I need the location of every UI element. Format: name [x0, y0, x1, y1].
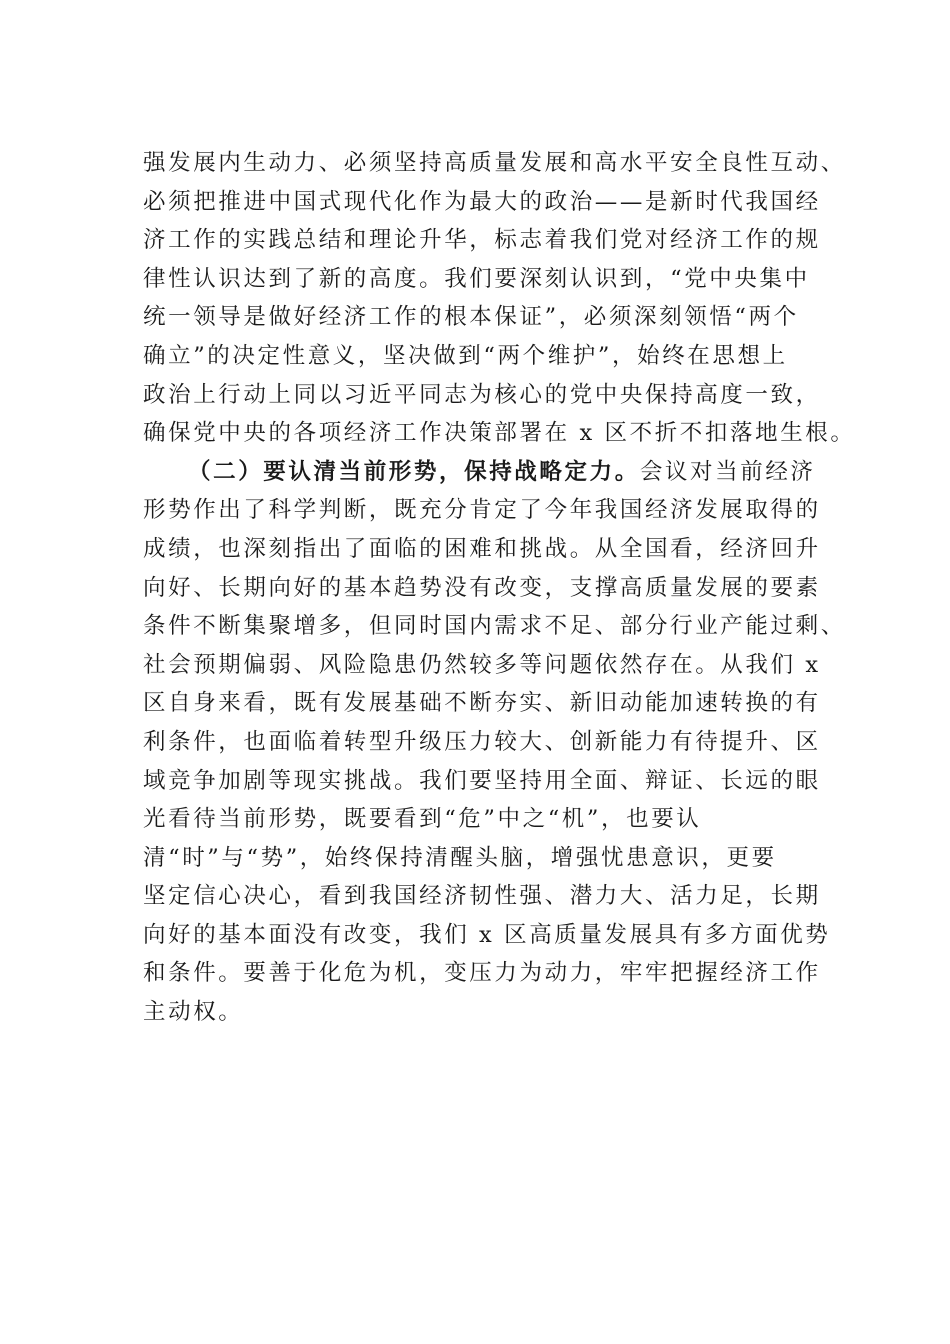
text-line: 济工作的实践总结和理论升华，标志着我们党对经济工作的规	[143, 221, 843, 260]
text-line: 统一领导是做好经济工作的根本保证”，必须深刻领悟“两个	[143, 298, 843, 337]
text-line: 域竞争加剧等现实挑战。我们要坚持用全面、辩证、长远的眼	[143, 762, 843, 801]
text-line: 强发展内生动力、必须坚持高质量发展和高水平安全良性互动、	[143, 144, 843, 183]
text-line: 社会预期偏弱、风险隐患仍然较多等问题依然存在。从我们 x	[143, 646, 843, 685]
text-line: 清“时”与“势”，始终保持清醒头脑，增强忧患意识，更要	[143, 839, 843, 878]
text-line: 主动权。	[143, 993, 843, 1032]
text-line: 向好的基本面没有改变，我们 x 区高质量发展具有多方面优势	[143, 916, 843, 955]
text-line: 政治上行动上同以习近平同志为核心的党中央保持高度一致，	[143, 376, 843, 415]
text-line: 确保党中央的各项经济工作决策部署在 x 区不折不扣落地生根。	[143, 414, 843, 453]
text-line: 利条件，也面临着转型升级压力较大、创新能力有待提升、区	[143, 723, 843, 762]
text-line: 条件不断集聚增多，但同时国内需求不足、部分行业产能过剩、	[143, 607, 843, 646]
text-line: （二）要认清当前形势，保持战略定力。会议对当前经济	[143, 453, 843, 492]
text-line: 坚定信心决心，看到我国经济韧性强、潜力大、活力足，长期	[143, 877, 843, 916]
text-line: 形势作出了科学判断，既充分肯定了今年我国经济发展取得的	[143, 491, 843, 530]
text-line: 律性认识达到了新的高度。我们要深刻认识到，“党中央集中	[143, 260, 843, 299]
section-heading: （二）要认清当前形势，保持战略定力。	[188, 459, 640, 485]
document-body: 强发展内生动力、必须坚持高质量发展和高水平安全良性互动、 必须把推进中国式现代化…	[143, 144, 843, 1032]
text-line: 确立”的决定性意义，坚决做到“两个维护”，始终在思想上	[143, 337, 843, 376]
text-line: 向好、长期向好的基本趋势没有改变，支撑高质量发展的要素	[143, 569, 843, 608]
text-line: 和条件。要善于化危为机，变压力为动力，牢牢把握经济工作	[143, 954, 843, 993]
text-line: 区自身来看，既有发展基础不断夯实、新旧动能加速转换的有	[143, 684, 843, 723]
paragraph-1: 强发展内生动力、必须坚持高质量发展和高水平安全良性互动、 必须把推进中国式现代化…	[143, 144, 843, 453]
text-span: 会议对当前经济	[640, 459, 816, 485]
document-page: 强发展内生动力、必须坚持高质量发展和高水平安全良性互动、 必须把推进中国式现代化…	[0, 0, 950, 1344]
text-line: 光看待当前形势，既要看到“危”中之“机”，也要认	[143, 800, 843, 839]
paragraph-2: （二）要认清当前形势，保持战略定力。会议对当前经济 形势作出了科学判断，既充分肯…	[143, 453, 843, 1032]
text-line: 必须把推进中国式现代化作为最大的政治——是新时代我国经	[143, 183, 843, 222]
text-line: 成绩，也深刻指出了面临的困难和挑战。从全国看，经济回升	[143, 530, 843, 569]
